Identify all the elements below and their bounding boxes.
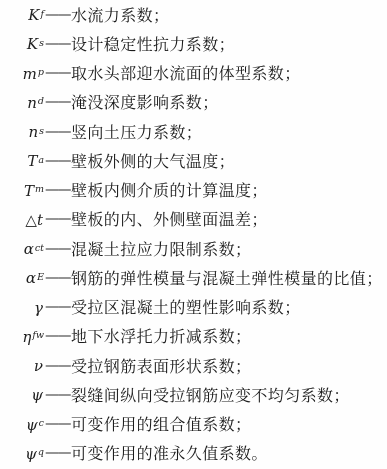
symbol-definition-row: ψq—— 可变作用的准永久值系数。	[0, 440, 387, 469]
symbol-definition-row: mp—— 取水头部迎水流面的体型系数；	[0, 60, 387, 89]
definition-text: 壁板外侧的大气温度；	[71, 154, 235, 170]
symbol: ηfw——	[0, 330, 70, 345]
em-dash: ——	[45, 329, 70, 343]
symbol-definition-row: γ—— 受拉区混凝土的塑性影响系数；	[0, 294, 387, 323]
definition-text: 水流力系数；	[71, 8, 169, 24]
em-dash: ——	[45, 8, 70, 22]
em-dash: ——	[45, 95, 70, 109]
em-dash: ——	[45, 66, 70, 80]
definition-text: 壁板内侧介质的计算温度；	[71, 183, 268, 199]
symbol-definition-row: αE—— 钢筋的弹性模量与混凝土弹性模量的比值；	[0, 264, 387, 293]
definition-text: 淹没深度影响系数；	[71, 95, 219, 111]
symbol-subscript: s	[39, 39, 44, 49]
symbol-definition-row: Ks—— 设计稳定性抗力系数；	[0, 30, 387, 59]
em-dash: ——	[45, 446, 70, 460]
symbol-base: K	[28, 8, 39, 23]
symbol: Ks——	[0, 37, 70, 52]
symbol-definition-row: Ta—— 壁板外侧的大气温度；	[0, 147, 387, 176]
em-dash: ——	[45, 388, 70, 402]
symbol-base: ψ	[31, 388, 43, 403]
symbol: Ta——	[0, 154, 70, 169]
em-dash: ——	[45, 183, 70, 197]
symbol-subscript: f	[40, 10, 44, 20]
definition-text: 裂缝间纵向受拉钢筋应变不均匀系数；	[71, 388, 350, 404]
em-dash: ——	[45, 154, 70, 168]
definition-text: 地下水浮托力折减系数；	[71, 329, 251, 345]
symbol: ψq——	[0, 447, 70, 462]
symbol-definition-row: ψc—— 可变作用的组合值系数；	[0, 411, 387, 440]
symbol-definition-row: ν—— 受拉钢筋表面形状系数；	[0, 352, 387, 381]
symbol: γ——	[0, 301, 70, 316]
symbol-base: K	[27, 37, 38, 52]
symbol-base: ψ	[25, 447, 37, 462]
symbols-definition-page: Kf—— 水流力系数； Ks—— 设计稳定性抗力系数； mp—— 取水头部迎水流…	[0, 0, 387, 469]
definition-text: 设计稳定性抗力系数；	[71, 37, 235, 53]
symbol-base: n	[27, 96, 37, 111]
symbol: Kf——	[0, 8, 70, 23]
symbol-base: η	[22, 330, 31, 345]
definition-text: 可变作用的组合值系数；	[71, 417, 251, 433]
definition-text: 钢筋的弹性模量与混凝土弹性模量的比值；	[71, 271, 383, 287]
symbol-subscript: s	[39, 127, 44, 137]
symbol-base: γ	[34, 301, 43, 316]
symbol-definition-row: αct—— 混凝土拉应力限制系数；	[0, 235, 387, 264]
definition-text: 受拉区混凝土的塑性影响系数；	[71, 300, 301, 316]
em-dash: ——	[45, 300, 70, 314]
symbol-base: m	[23, 67, 37, 82]
definition-text: 受拉钢筋表面形状系数；	[71, 359, 251, 375]
em-dash: ——	[45, 37, 70, 51]
symbol-base: ψ	[26, 418, 38, 433]
definition-text: 混凝土拉应力限制系数；	[71, 242, 251, 258]
symbol: ν——	[0, 359, 70, 374]
em-dash: ——	[45, 271, 70, 285]
em-dash: ——	[45, 417, 70, 431]
symbol-definition-row: ηfw—— 地下水浮托力折减系数；	[0, 323, 387, 352]
symbol-subscript: q	[38, 448, 44, 458]
symbol-definition-row: △t—— 壁板的内、外侧壁面温差；	[0, 206, 387, 235]
symbol-base: T	[27, 154, 37, 169]
symbol-subscript: E	[37, 273, 44, 283]
definition-text: 可变作用的准永久值系数。	[71, 446, 268, 462]
symbol-base: α	[24, 242, 34, 257]
symbol: ns——	[0, 125, 70, 140]
symbol-definition-row: Tm—— 壁板内侧介质的计算温度；	[0, 177, 387, 206]
symbol-base: T	[24, 184, 34, 199]
em-dash: ——	[45, 212, 70, 226]
definition-text: 壁板的内、外侧壁面温差；	[71, 212, 268, 228]
symbol-definition-row: Kf—— 水流力系数；	[0, 1, 387, 30]
symbol-definition-row: ψ—— 裂缝间纵向受拉钢筋应变不均匀系数；	[0, 381, 387, 410]
symbol-base: ν	[34, 359, 43, 374]
symbol-subscript: a	[38, 156, 44, 166]
symbol: nd——	[0, 96, 70, 111]
symbol: mp——	[0, 67, 70, 82]
symbol-definition-row: nd—— 淹没深度影响系数；	[0, 89, 387, 118]
em-dash: ——	[45, 359, 70, 373]
symbol-subscript: m	[35, 185, 44, 195]
symbol: αct——	[0, 242, 70, 257]
symbol-subscript: d	[38, 97, 44, 107]
symbol: αE——	[0, 271, 70, 286]
symbol: ψc——	[0, 418, 70, 433]
definition-text: 取水头部迎水流面的体型系数；	[71, 66, 301, 82]
symbol-base: α	[26, 271, 36, 286]
symbol: △t——	[0, 213, 70, 228]
symbol-base: n	[28, 125, 38, 140]
em-dash: ——	[45, 242, 70, 256]
symbol-base: △t	[25, 213, 43, 228]
symbol: ψ——	[0, 388, 70, 403]
symbol-subscript: c	[39, 419, 44, 429]
symbol-subscript: p	[38, 68, 44, 78]
definition-text: 竖向土压力系数；	[71, 125, 202, 141]
symbol: Tm——	[0, 184, 70, 199]
symbol-subscript: fw	[32, 331, 44, 341]
symbol-subscript: ct	[35, 244, 44, 254]
em-dash: ——	[45, 125, 70, 139]
symbol-definition-row: ns—— 竖向土压力系数；	[0, 118, 387, 147]
